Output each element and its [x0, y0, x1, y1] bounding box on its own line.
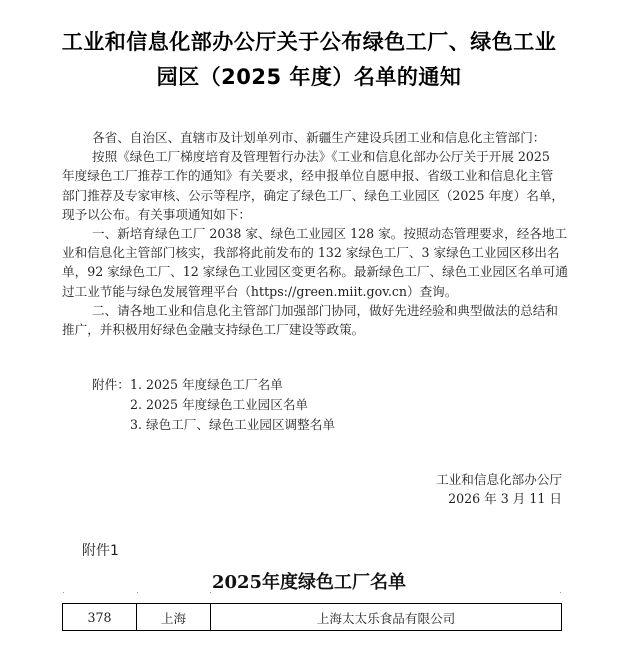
annex-label: 附件1 — [82, 540, 119, 560]
cell-region: 上海 — [137, 604, 211, 630]
table-marker — [210, 592, 211, 593]
table-marker — [137, 592, 138, 593]
notice-body: 各省、自治区、直辖市及计划单列市、新疆生产建设兵团工业和信息化主管部门： 按照《… — [62, 128, 562, 339]
attachment-item-2: 2. 2025 年度绿色工业园区名单 — [130, 394, 308, 413]
paragraph3-line1: 二、请各地工业和信息化主管部门加强部门协同，做好先进经验和典型做法的总结和 — [62, 301, 562, 320]
notice-title-line2: 园区（2025 年度）名单的通知 — [0, 61, 618, 91]
table-row: 378 上海 上海太太乐食品有限公司 — [62, 603, 562, 631]
paragraph2-line1: 一、新培育绿色工厂 2038 家、绿色工业园区 128 家。按照动态管理要求，经… — [62, 224, 562, 243]
notice-title-line1: 工业和信息化部办公厅关于公布绿色工厂、绿色工业 — [0, 26, 618, 56]
attachments-label: 附件： — [92, 374, 130, 393]
paragraph3-line2: 推广，并积极用好绿色金融支持绿色工厂建设等政策。 — [62, 320, 562, 339]
attachment-item-3: 3. 绿色工厂、绿色工业园区调整名单 — [130, 414, 335, 433]
paragraph1-line4: 现予以公布。有关事项通知如下： — [62, 205, 562, 224]
signature-org: 工业和信息化部办公厅 — [436, 469, 562, 488]
salutation: 各省、自治区、直辖市及计划单列市、新疆生产建设兵团工业和信息化主管部门： — [62, 128, 562, 147]
table-marker — [63, 592, 64, 593]
cell-company: 上海太太乐食品有限公司 — [211, 604, 561, 630]
paragraph2-line3: 单，92 家绿色工厂、12 家绿色工业园区变更名称。最新绿色工厂、绿色工业园区名… — [62, 262, 562, 281]
cell-number: 378 — [63, 604, 137, 630]
paragraph1-line3: 部门推荐及专家审核、公示等程序，确定了绿色工厂、绿色工业园区（2025 年度）名… — [62, 186, 562, 205]
attachment-item-1: 1. 2025 年度绿色工厂名单 — [130, 374, 283, 393]
signature-date: 2026 年 3 月 11 日 — [448, 488, 562, 507]
paragraph1-line2: 年度绿色工厂推荐工作的通知》有关要求，经申报单位自愿申报、省级工业和信息化主管 — [62, 166, 562, 185]
paragraph1-line1: 按照《绿色工厂梯度培育及管理暂行办法》《工业和信息化部办公厅关于开展 2025 — [62, 147, 562, 166]
paragraph2-line2: 业和信息化主管部门核实，我部将此前发布的 132 家绿色工厂、3 家绿色工业园区… — [62, 243, 562, 262]
table-marker — [560, 592, 561, 593]
paragraph2-line4: 过工业节能与绿色发展管理平台（https://green.miit.gov.cn… — [62, 282, 562, 301]
table-title: 2025年度绿色工厂名单 — [0, 568, 618, 594]
